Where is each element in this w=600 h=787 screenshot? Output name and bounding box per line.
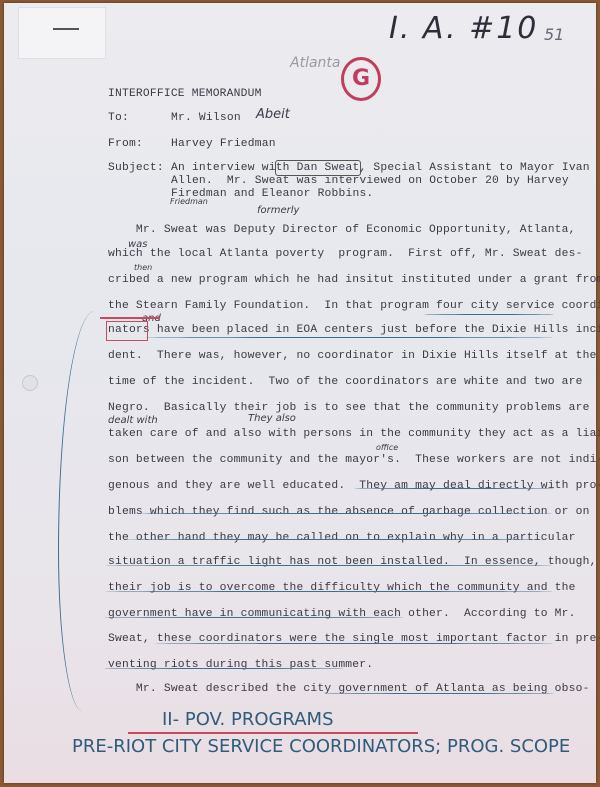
red-box-mark (106, 321, 148, 341)
annotation-dealt-with: dealt with (108, 415, 158, 426)
ink-underline (324, 693, 554, 694)
subject-annotation: Friedman (170, 197, 208, 206)
red-underline (100, 317, 160, 319)
ink-underline (104, 565, 554, 566)
body-line: the Stearn Family Foundation. In that pr… (108, 300, 600, 312)
from-label: From: (108, 138, 143, 150)
pencil-note: Atlanta (290, 55, 340, 71)
section-heading-underline (128, 732, 418, 734)
subject-line-1: An interview with Dan Sweat, Special Ass… (171, 162, 590, 174)
archive-id: I. A. #10 (389, 11, 538, 46)
grade-mark: G (341, 57, 381, 101)
body-line: venting riots during this past summer. (108, 659, 373, 671)
annotation-formerly: formerly (257, 205, 299, 216)
to-label: To: (108, 112, 129, 124)
body-line: genous and they are well educated. They … (108, 480, 600, 492)
section-heading: II- POV. PROGRAMS (162, 709, 334, 730)
ink-underline (134, 513, 554, 514)
body-line: cribed a new program which he had insitu… (108, 274, 600, 286)
ink-underline (124, 539, 544, 540)
ink-underline (354, 488, 554, 489)
body-line: their job is to overcome the difficulty … (108, 582, 576, 594)
memo-page: I. A. #10 51 Atlanta G INTEROFFICE MEMOR… (4, 3, 596, 783)
body-line: situation a traffic light has not been i… (108, 556, 597, 568)
to-value: Mr. Wilson (171, 112, 241, 124)
ink-underline (424, 314, 554, 315)
body-line: which the local Atlanta poverty program.… (108, 248, 583, 260)
from-value: Harvey Friedman (171, 138, 276, 150)
ink-underline (154, 643, 554, 644)
body-line: taken care of and also with persons in t… (108, 428, 600, 440)
name-box-mark (275, 160, 361, 176)
annotation-office: office (376, 443, 398, 452)
memo-title: INTEROFFICE MEMORANDUM (108, 88, 262, 100)
body-line: time of the incident. Two of the coordin… (108, 376, 583, 388)
body-line: nators have been placed in EOA centers j… (108, 324, 600, 336)
ink-underline (144, 337, 554, 338)
summary-note: PRE-RIOT CITY SERVICE COORDINATORS; PROG… (72, 736, 570, 757)
archive-sticker (18, 7, 106, 59)
ink-underline (104, 668, 344, 669)
body-line: the other hand they may be called on to … (108, 532, 576, 544)
body-line: Negro. Basically their job is to see tha… (108, 402, 590, 414)
subject-line-2: Allen. Mr. Sweat was interviewed on Octo… (171, 175, 569, 187)
punch-hole (22, 375, 38, 391)
ink-underline (104, 617, 404, 618)
sticker-dash (53, 28, 79, 30)
body-line: government have in communicating with ea… (108, 608, 576, 620)
body-line: dent. There was, however, no coordinator… (108, 350, 597, 362)
body-line: blems which they find such as the absenc… (108, 506, 590, 518)
body-line: Mr. Sweat was Deputy Director of Economi… (108, 224, 576, 236)
annotation-they-also: They also (248, 413, 296, 424)
to-annotation: Abeit (256, 107, 290, 122)
body-line: son between the community and the mayor'… (108, 454, 600, 466)
subject-label: Subject: (108, 162, 164, 174)
page-number: 51 (544, 25, 564, 44)
ink-underline (104, 591, 554, 592)
annotation-then: then (134, 263, 152, 272)
